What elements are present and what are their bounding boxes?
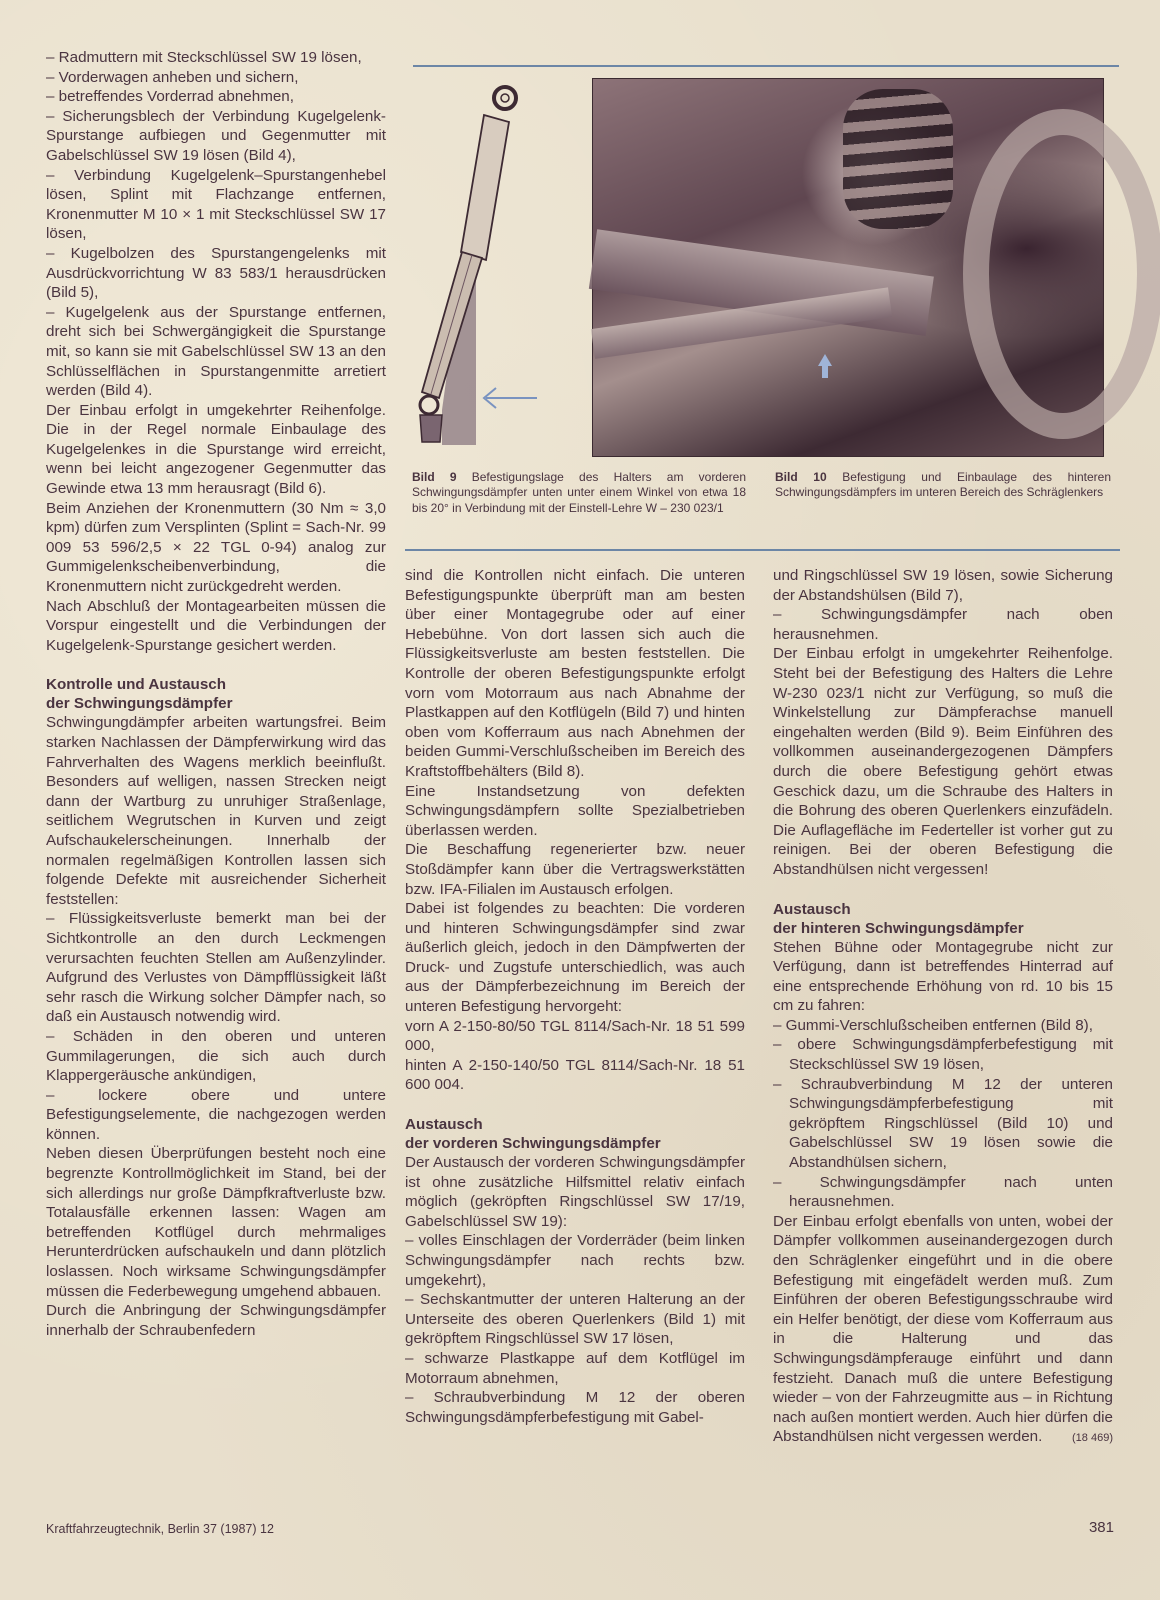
- paragraph: Nach Abschluß der Montagearbeiten müssen…: [46, 597, 386, 656]
- list-item: – obere Schwingungsdämpferbefestigung mi…: [773, 1035, 1113, 1074]
- section-heading: der hinteren Schwingungsdämpfer: [773, 919, 1113, 938]
- closing-text: Der Einbau erfolgt ebenfalls von unten, …: [773, 1213, 1113, 1446]
- paragraph: Die Beschaffung regenerierter bzw. neuer…: [405, 840, 745, 899]
- paragraph: – betreffendes Vorderrad abnehmen,: [46, 87, 386, 107]
- paragraph: Stehen Bühne oder Montagegrube nicht zur…: [773, 938, 1113, 1016]
- paragraph: – Sicherungsblech der Verbindung Kugelge…: [46, 107, 386, 166]
- paragraph: Der Austausch der vorderen Schwingungsdä…: [405, 1153, 745, 1231]
- paragraph: Durch die Anbringung der Schwingungsdämp…: [46, 1301, 386, 1340]
- list-item: – Schraubverbindung M 12 der unteren Sch…: [773, 1075, 1113, 1173]
- figure-label: Bild 9: [412, 470, 457, 484]
- arrow-up-icon: [818, 354, 832, 366]
- figure-10-caption: Bild 10 Befestigung und Einbaulage des h…: [775, 470, 1111, 501]
- paragraph: – Flüssigkeitsverluste bemerkt man bei d…: [46, 909, 386, 1027]
- paragraph: – Schwingungsdämpfer nach oben herausneh…: [773, 605, 1113, 644]
- arrow-stem: [822, 366, 828, 378]
- section-heading: Austausch: [405, 1115, 745, 1134]
- part-number-line: vorn A 2-150-80/50 TGL 8114/Sach-Nr. 18 …: [405, 1017, 745, 1056]
- figure-9-shock-absorber-drawing: [412, 80, 572, 450]
- list-item: – Schraubverbindung M 12 der oberen Schw…: [405, 1388, 745, 1427]
- column-1: – Radmuttern mit Steckschlüssel SW 19 lö…: [46, 48, 386, 1340]
- paragraph: – Verbindung Kugelgelenk–Spurstangenhebe…: [46, 166, 386, 244]
- paragraph: Dabei ist folgendes zu beachten: Die vor…: [405, 899, 745, 1017]
- figure-10-photo-rear-shock-mount: [592, 78, 1104, 457]
- paragraph: Eine Instandsetzung von defekten Schwing…: [405, 782, 745, 841]
- paragraph: Der Einbau erfolgt ebenfalls von unten, …: [773, 1212, 1113, 1447]
- paragraph: – lockere obere und untere Befestigungse…: [46, 1086, 386, 1145]
- paragraph: Beim Anziehen der Kronenmuttern (30 Nm ≈…: [46, 499, 386, 597]
- paragraph: – Kugelbolzen des Spurstangengelenks mit…: [46, 244, 386, 303]
- paragraph: – Schäden in den oberen und unteren Gumm…: [46, 1027, 386, 1086]
- middle-rule: [405, 549, 1120, 551]
- page-number: 381: [1089, 1519, 1114, 1536]
- paragraph: – Vorderwagen anheben und sichern,: [46, 68, 386, 88]
- section-heading: Kontrolle und Austausch: [46, 675, 386, 694]
- figure-label: Bild 10: [775, 470, 827, 484]
- paragraph: Schwingungdämpfer arbeiten wartungsfrei.…: [46, 713, 386, 909]
- shock-absorber-illustration: [412, 80, 572, 450]
- figure-9-caption: Bild 9 Befestigungslage des Halters am v…: [412, 470, 746, 516]
- paragraph: Der Einbau erfolgt in umgekehrter Reihen…: [46, 401, 386, 499]
- coil-spring-shape: [843, 89, 953, 229]
- column-2: sind die Kontrollen nicht einfach. Die u…: [405, 566, 745, 1427]
- top-rule: [413, 65, 1119, 67]
- list-item: – Sechskantmutter der unteren Halterung …: [405, 1290, 745, 1349]
- part-number-line: hinten A 2-150-140/50 TGL 8114/Sach-Nr. …: [405, 1056, 745, 1095]
- article-reference: (18 469): [1072, 1429, 1113, 1449]
- paragraph: sind die Kontrollen nicht einfach. Die u…: [405, 566, 745, 782]
- caption-text: Befestigungslage des Halters am vorderen…: [412, 470, 746, 515]
- paragraph: – Radmuttern mit Steckschlüssel SW 19 lö…: [46, 48, 386, 68]
- list-item: – volles Einschlagen der Vorderräder (be…: [405, 1231, 745, 1290]
- section-heading: der Schwingungsdämpfer: [46, 694, 386, 713]
- paragraph: Neben diesen Überprüfungen besteht noch …: [46, 1144, 386, 1301]
- section-heading: der vorderen Schwingungsdämpfer: [405, 1134, 745, 1153]
- paragraph: Der Einbau erfolgt in umgekehrter Reihen…: [773, 644, 1113, 879]
- paragraph: und Ringschlüssel SW 19 lösen, sowie Sic…: [773, 566, 1113, 605]
- list-item: – schwarze Plastkappe auf dem Kotflügel …: [405, 1349, 745, 1388]
- column-3: und Ringschlüssel SW 19 lösen, sowie Sic…: [773, 566, 1113, 1449]
- wheel-shape: [963, 109, 1160, 439]
- publication-info: Kraftfahrzeugtechnik, Berlin 37 (1987) 1…: [46, 1522, 274, 1536]
- list-item: – Schwingungsdämpfer nach unten herausne…: [773, 1173, 1113, 1212]
- paragraph: – Kugelgelenk aus der Spurstange entfern…: [46, 303, 386, 401]
- section-heading: Austausch: [773, 900, 1113, 919]
- list-item: – Gummi-Verschlußscheiben entfernen (Bil…: [773, 1016, 1113, 1036]
